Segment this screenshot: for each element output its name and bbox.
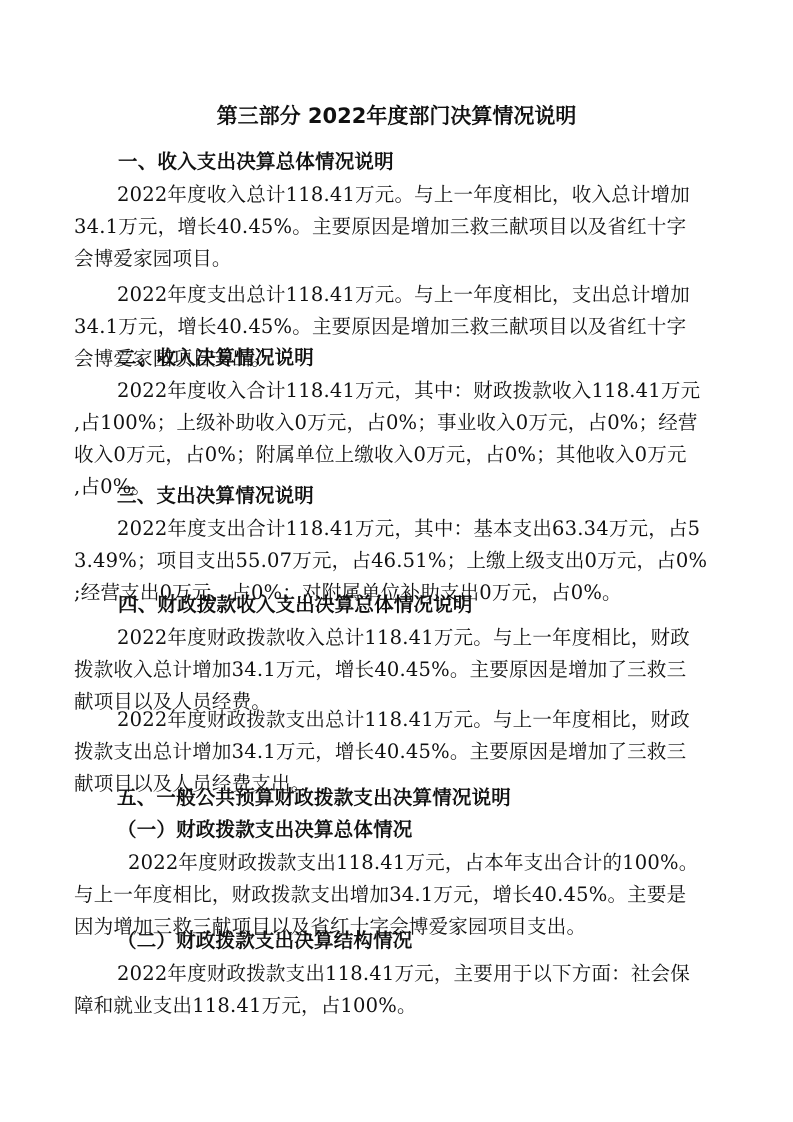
- paragraph-line: 收入0万元，占0%；附属单位上缴收入0万元，占0%；其他收入0万元: [74, 443, 687, 467]
- section-heading: 五、一般公共预算财政拨款支出决算情况说明: [117, 786, 511, 810]
- paragraph-line: 2022年度收入总计118.41万元。与上一年度相比，收入总计增加: [117, 183, 690, 207]
- paragraph-line: 2022年度支出总计118.41万元。与上一年度相比，支出总计增加: [117, 283, 690, 307]
- paragraph-line: 3.49%；项目支出55.07万元，占46.51%；上缴上级支出0万元，占0%: [74, 549, 707, 573]
- paragraph-line: 34.1万元，增长40.45%。主要原因是增加三救三献项目以及省红十字: [74, 315, 686, 339]
- paragraph-line: 2022年度财政拨款支出118.41万元，占本年支出合计的100%。: [128, 851, 698, 875]
- section-heading: 三、支出决算情况说明: [117, 484, 314, 508]
- paragraph-line: 2022年度财政拨款支出总计118.41万元。与上一年度相比，财政: [117, 708, 690, 732]
- paragraph-line: 会博爱家园项目。: [74, 247, 232, 271]
- section-heading: 二、收入决算情况说明: [117, 346, 314, 370]
- paragraph-line: 障和就业支出118.41万元，占100%。: [74, 994, 417, 1018]
- paragraph-line: 2022年度财政拨款支出118.41万元，主要用于以下方面：社会保: [117, 962, 690, 986]
- paragraph-line: 拨款支出总计增加34.1万元，增长40.45%。主要原因是增加了三救三: [74, 740, 686, 764]
- paragraph-line: 拨款收入总计增加34.1万元，增长40.45%。主要原因是增加了三救三: [74, 658, 686, 682]
- paragraph-line: ,占100%；上级补助收入0万元，占0%；事业收入0万元，占0%；经营: [74, 411, 698, 435]
- paragraph-line: 2022年度支出合计118.41万元，其中：基本支出63.34万元，占5: [117, 517, 700, 541]
- paragraph-line: 与上一年度相比，财政拨款支出增加34.1万元，增长40.45%。主要是: [74, 883, 686, 907]
- paragraph-line: 2022年度财政拨款收入总计118.41万元。与上一年度相比，财政: [117, 626, 690, 650]
- paragraph-line: 34.1万元，增长40.45%。主要原因是增加三救三献项目以及省红十字: [74, 215, 686, 239]
- section-heading: 四、财政拨款收入支出决算总体情况说明: [118, 593, 473, 617]
- page-title: 第三部分 2022年度部门决算情况说明: [0, 100, 793, 130]
- section-heading: （二）财政拨款支出决算结构情况: [117, 929, 413, 953]
- section-heading: 一、收入支出决算总体情况说明: [118, 150, 394, 174]
- paragraph-line: 2022年度收入合计118.41万元，其中：财政拨款收入118.41万元: [117, 379, 700, 403]
- section-heading: （一）财政拨款支出决算总体情况: [117, 818, 413, 842]
